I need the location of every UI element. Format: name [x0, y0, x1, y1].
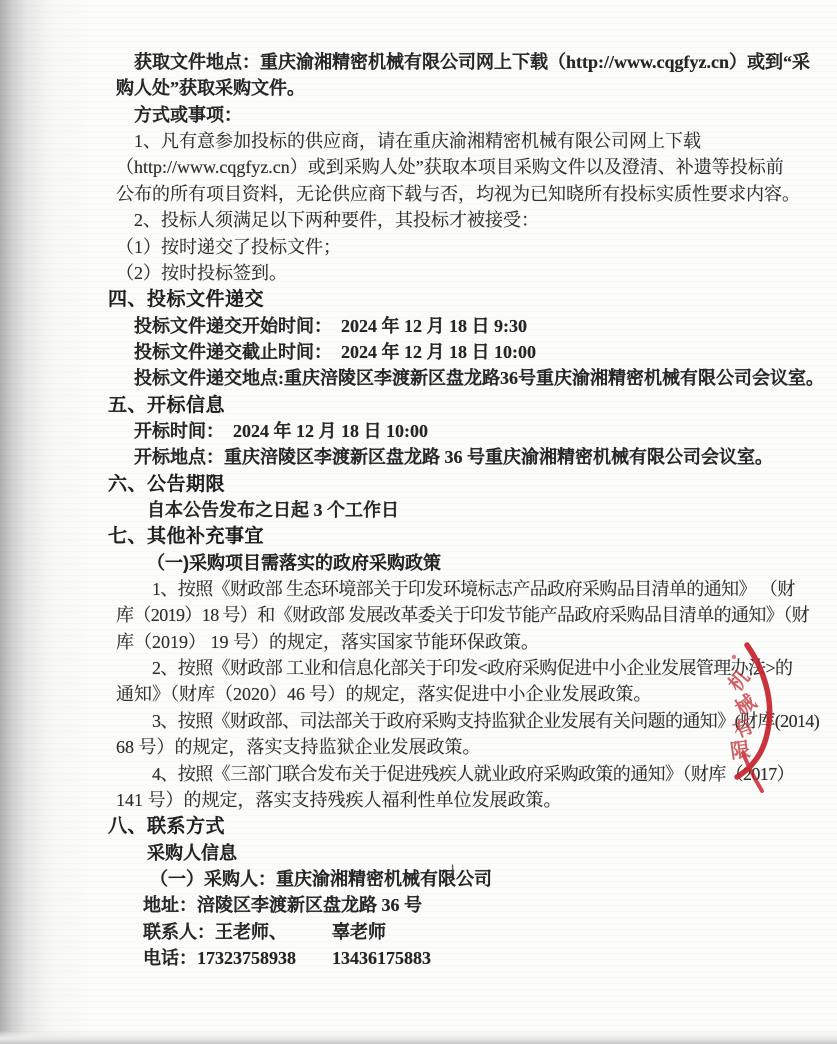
para-supplier-download-line1: 1、凡有意参加投标的供应商，请在重庆渝湘精密机械有限公司网上下载: [134, 128, 701, 155]
line-purchaser-name: （一）采购人：重庆渝湘精密机械有限公司: [150, 866, 492, 893]
para-policy-1-line2: 库（2019）18 号）和《财政部 发展改革委关于印发节能产品政府采购品目清单的…: [116, 602, 809, 629]
document-text: 获取文件地点：重庆渝湘精密机械有限公司网上下载（http://www.cqgfy…: [0, 0, 837, 1044]
item-condition-2: （2）按时投标签到。: [116, 260, 287, 287]
line-contact-persons: 联系人：王老师、 辜老师: [143, 919, 386, 946]
para-obtain-file-line1: 获取文件地点：重庆渝湘精密机械有限公司网上下载（http://www.cqgfy…: [134, 49, 810, 76]
para-obtain-file-line2: 购人处”获取采购文件。: [116, 75, 305, 102]
line-bid-submission-deadline: 投标文件递交截止时间： 2024 年 12 月 18 日 10:00: [134, 339, 536, 366]
para-policy-1-line1: 1、按照《财政部 生态环境部关于印发环境标志产品政府采购品目清单的通知》 （财: [152, 576, 795, 603]
heading-section-8: 八、联系方式: [108, 813, 225, 840]
heading-section-4: 四、投标文件递交: [108, 286, 264, 313]
para-policy-3-line2: 68 号）的规定，落实支持监狱企业发展政策。: [116, 734, 481, 761]
line-announcement-period: 自本公告发布之日起 3 个工作日: [147, 497, 399, 524]
para-policy-4-line1: 4、按照《三部门联合发布关于促进残疾人就业政府采购政策的通知》（财库（2017）: [152, 761, 794, 788]
para-supplier-download-line3: 公布的所有项目资料，无论供应商下载与否，均视为已知晓所有投标实质性要求内容。: [116, 181, 800, 208]
subheading-procurement-policies: （一)采购项目需落实的政府采购政策: [147, 550, 441, 577]
heading-section-6: 六、公告期限: [108, 471, 225, 498]
para-bid-acceptance-conditions: 2、投标人须满足以下两种要件，其投标才被接受：: [134, 207, 539, 234]
para-policy-3-line1: 3、按照《财政部、司法部关于政府采购支持监狱企业发展有关问题的通知》(财库(20…: [152, 708, 819, 735]
line-method-or-matters: 方式或事项：: [134, 102, 242, 129]
para-policy-2-line1: 2、按照《财政部 工业和信息化部关于印发<政府采购促进中小企业发展管理办法>的: [152, 655, 792, 682]
document-page: 获取文件地点：重庆渝湘精密机械有限公司网上下载（http://www.cqgfy…: [0, 0, 837, 1044]
line-bid-submission-start-time: 投标文件递交开始时间： 2024 年 12 月 18 日 9:30: [134, 313, 527, 340]
item-condition-1: （1）按时递交了投标文件；: [116, 234, 341, 261]
para-policy-1-line3: 库（2019） 19 号）的规定，落实国家节能环保政策。: [116, 629, 539, 656]
line-purchaser-address: 地址：涪陵区李渡新区盘龙路 36 号: [143, 892, 422, 919]
heading-section-5: 五、开标信息: [108, 392, 225, 419]
para-policy-2-line2: 通知》（财库（2020）46 号）的规定，落实促进中小企业发展政策。: [116, 681, 652, 708]
line-contact-phones: 电话：17323758938 13436175883: [143, 945, 431, 972]
line-bid-opening-place: 开标地点：重庆涪陵区李渡新区盘龙路 36 号重庆渝湘精密机械有限公司会议室。: [134, 444, 773, 471]
para-supplier-download-line2: （http://www.cqgfyz.cn）或到采购人处”获取本项目采购文件以及…: [116, 154, 784, 181]
line-bid-opening-time: 开标时间： 2024 年 12 月 18 日 10:00: [134, 418, 428, 445]
line-bid-submission-place: 投标文件递交地点:重庆涪陵区李渡新区盘龙路36号重庆渝湘精密机械有限公司会议室。: [134, 365, 824, 392]
para-policy-4-line2: 141 号）的规定，落实支持残疾人福利性单位发展政策。: [116, 787, 562, 814]
subheading-purchaser-info: 采购人信息: [147, 840, 237, 867]
heading-section-7: 七、其他补充事宜: [108, 523, 264, 550]
